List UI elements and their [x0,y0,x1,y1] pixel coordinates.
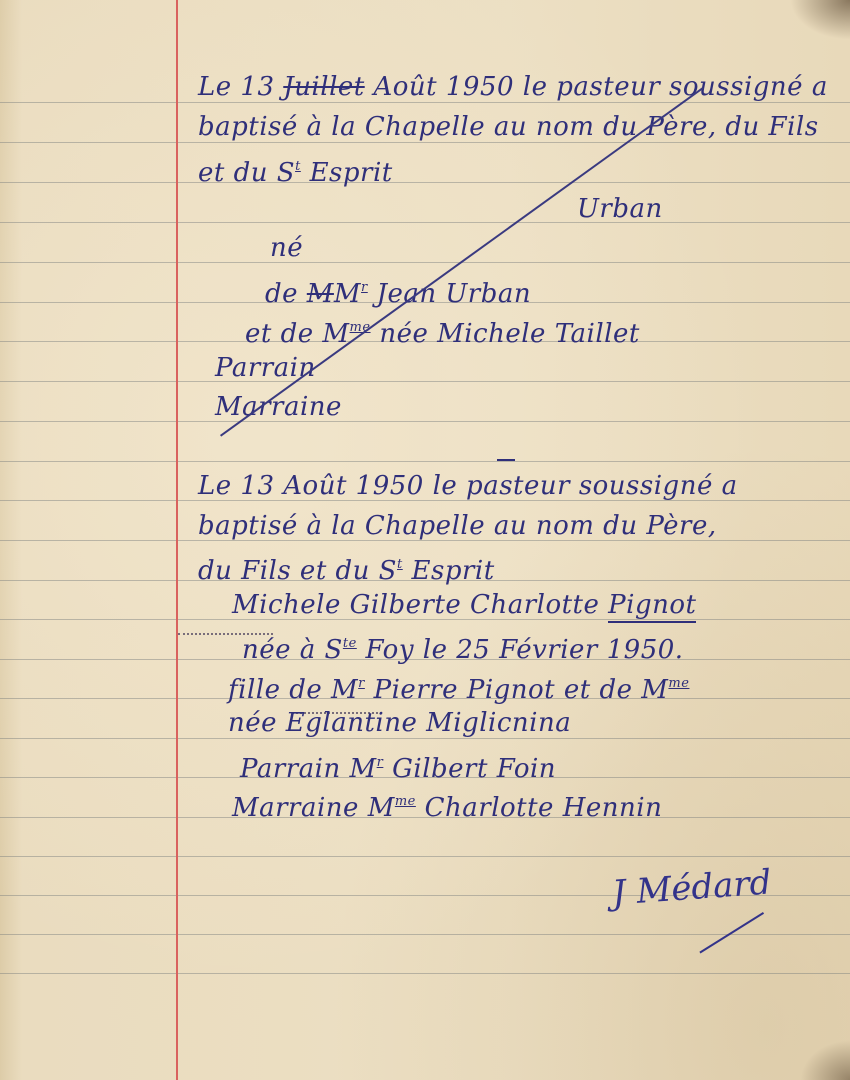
ruled-line [0,262,850,263]
godfather-name: Gilbert Foin [383,754,556,784]
birth-sup: te [343,636,357,651]
entry2-line2: baptisé à la Chapelle au nom du Père, [198,511,717,541]
entry1-father-title: M [334,279,361,309]
entry2-line1: Le 13 Août 1950 le pasteur soussigné a [198,471,738,501]
father-prefix: fille de M [228,675,358,705]
godmother-name: Charlotte Hennin [416,793,662,823]
entry1-line1: Le 13 Juillet Août 1950 le pasteur souss… [198,72,828,102]
entry1-line3-after: Esprit [301,158,393,188]
ruled-line [0,738,850,739]
ruled-line [0,381,850,382]
red-margin-line [176,0,178,1080]
entry2-mother: née Eglantine Miglicnina [228,708,571,738]
register-page: Le 13 Juillet Août 1950 le pasteur souss… [0,0,850,1080]
ruled-line [0,182,850,183]
father-sup: r [358,676,365,691]
entry2-line3: du Fils et du St Esprit [198,550,495,586]
child-given-names: Michele Gilberte Charlotte [232,590,608,620]
entry2-child-name: Michele Gilberte Charlotte Pignot [232,590,696,620]
birth-rest: Foy le 25 Février 1950. [357,635,684,665]
entry2-godmother: Marraine Mme Charlotte Hennin [232,787,662,823]
entry-separator-dash [497,459,515,461]
signature-flourish [699,912,764,953]
godfather-title: M [350,754,377,784]
entry1-father-struck: M [307,279,334,309]
entry2-birth: née à Ste Foy le 25 Février 1950. [242,629,684,665]
entry1-child-surname: Urban [577,194,663,224]
entry2-father: fille de Mr Pierre Pignot et de Mme [228,669,689,705]
entry2-line3-after: Esprit [403,556,495,586]
ruled-line [0,973,850,974]
entry2-line3-text: du Fils et du S [198,556,397,586]
godfather-label: Parrain [240,754,350,784]
entry1-line1-rest: Août 1950 le pasteur soussigné a [365,72,828,102]
entry1-mother-prefix: et de M [245,319,350,349]
entry1-father-name: Jean Urban [368,279,531,309]
struck-month: Juillet [283,72,364,102]
ruled-line [0,461,850,462]
page-corner-shadow [790,0,850,40]
entry1-father-prefix: de [265,279,307,309]
father-name: Pierre Pignot et de M [365,675,669,705]
godmother-sup: me [395,794,416,809]
entry1-line3: et du St Esprit [198,152,393,188]
entry1-born-label: né [270,233,303,263]
ruled-line [0,934,850,935]
ruled-line [0,856,850,857]
ruled-line [0,222,850,223]
godmother-title: M [368,793,395,823]
godmother-label: Marraine [232,793,368,823]
entry1-line3-text: et du S [198,158,295,188]
ruled-line [0,102,850,103]
birth-prefix: née à S [242,635,343,665]
entry2-godfather: Parrain Mr Gilbert Foin [240,748,556,784]
child-surname: Pignot [608,590,696,623]
pastor-signature: J Médard [611,862,773,913]
entry1-father: de MMr Jean Urban [265,273,531,309]
entry1-godmother-label: Marraine [215,392,342,422]
entry1-date-prefix: Le 13 [198,72,283,102]
page-corner-shadow-bottom [800,1040,850,1080]
entry1-mother-name: née Michele Taillet [371,319,640,349]
entry1-mother: et de Mme née Michele Taillet [245,313,640,349]
ruled-line [0,421,850,422]
entry1-line2: baptisé à la Chapelle au nom du Père, du… [198,112,819,142]
mother-title-sup: me [668,676,689,691]
entry1-father-sup: r [361,280,368,295]
ruled-line [0,142,850,143]
